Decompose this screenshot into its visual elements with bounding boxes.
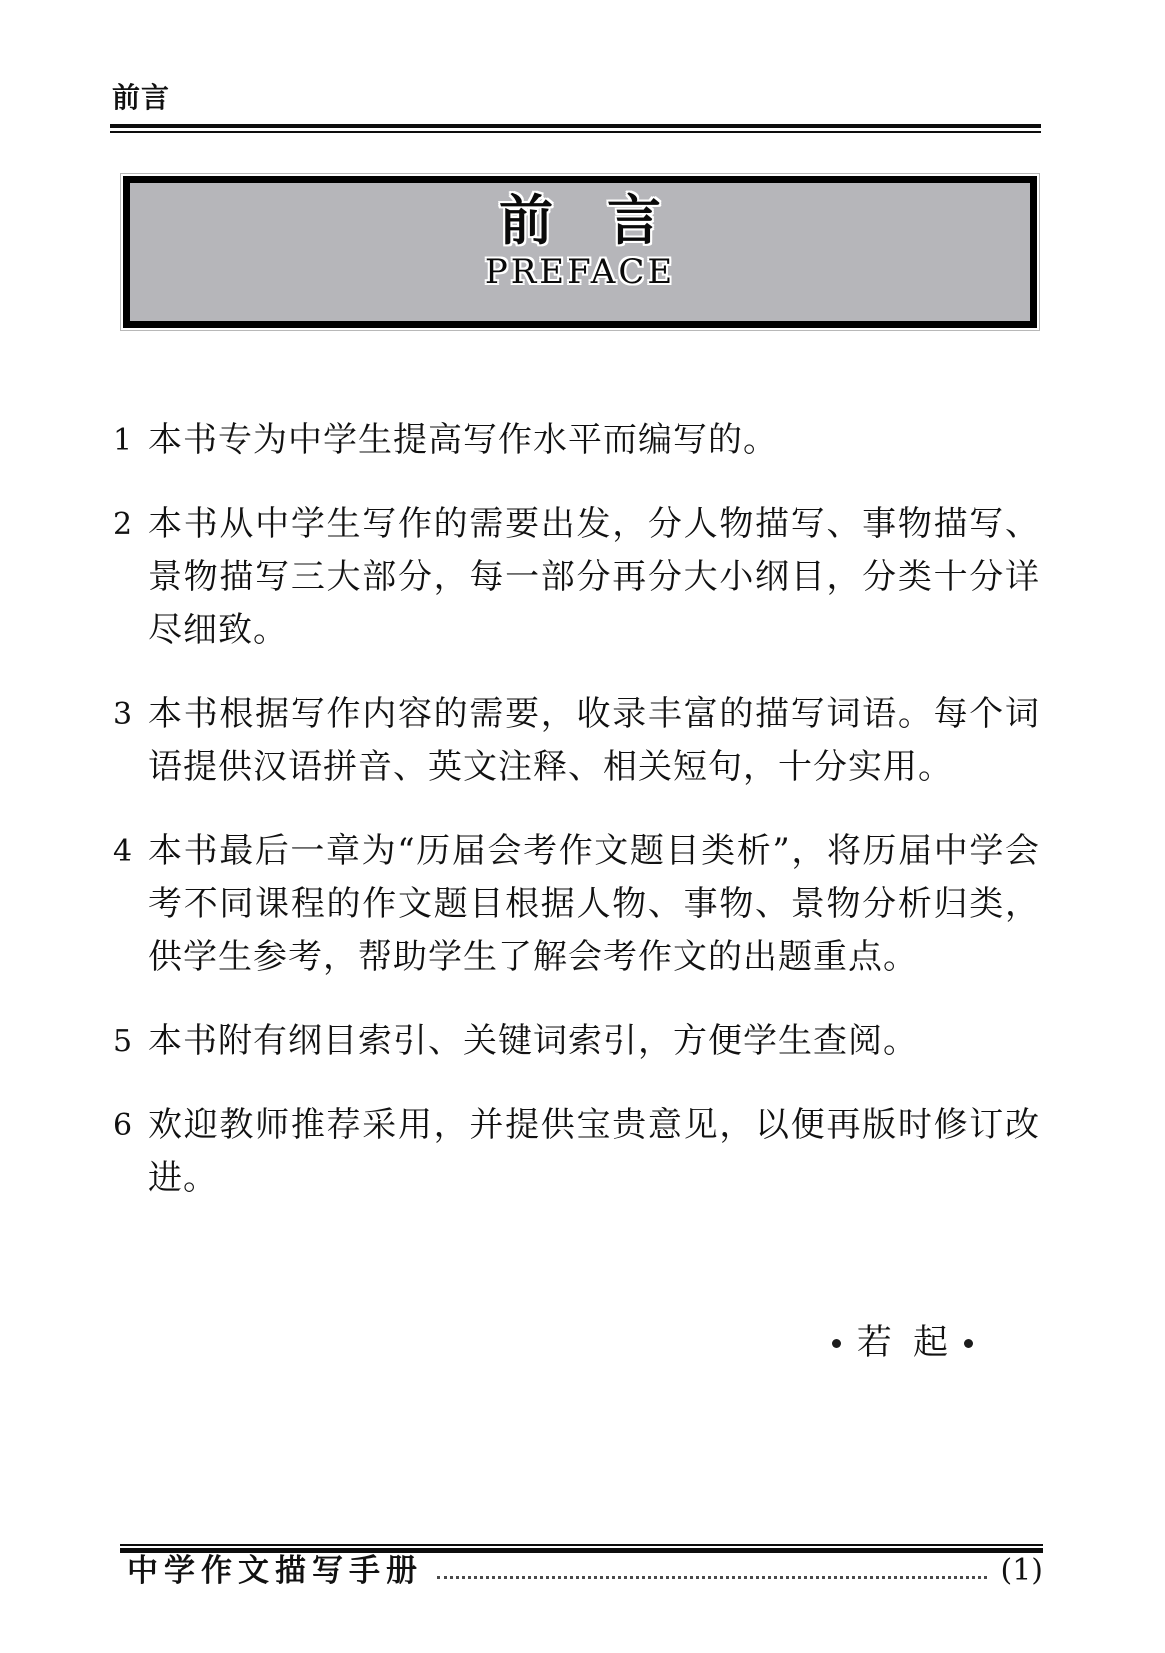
item-number: 6	[113, 1099, 148, 1205]
footer-page-number: (1)	[1001, 1555, 1044, 1587]
item-number: 3	[113, 688, 148, 794]
item-text: 本书附有纲目索引、关键词索引，方便学生查阅。	[148, 1015, 1040, 1068]
attribution-author-name: 若 起	[857, 1326, 948, 1361]
item-text: 本书从中学生写作的需要出发，分人物描写、事物描写、景物描写三大部分，每一部分再分…	[148, 498, 1040, 657]
attribution-bullet-icon	[964, 1339, 973, 1348]
author-attribution: 若 起	[832, 1326, 973, 1361]
header-rule-thin	[110, 131, 1041, 133]
preface-item: 2 本书从中学生写作的需要出发，分人物描写、事物描写、景物描写三大部分，每一部分…	[113, 498, 1040, 657]
item-number: 2	[113, 498, 148, 657]
book-page: 前言 前 言 PREFACE 1 本书专为中学生提高写作水平而编写的。 2 本书…	[0, 0, 1165, 1653]
footer-rule-thin	[120, 1544, 1043, 1546]
item-number: 5	[113, 1015, 148, 1068]
running-head-title: 前言	[112, 84, 170, 112]
item-text: 本书最后一章为“历届会考作文题目类析”，将历届中学会考不同课程的作文题目根据人物…	[148, 825, 1040, 984]
footer-dotted-leader	[437, 1576, 987, 1579]
item-text: 本书专为中学生提高写作水平而编写的。	[148, 414, 1040, 467]
attribution-bullet-icon	[832, 1339, 841, 1348]
preface-banner: 前 言 PREFACE	[123, 176, 1037, 328]
preface-item: 6 欢迎教师推荐采用，并提供宝贵意见，以便再版时修订改进。	[113, 1099, 1040, 1205]
preface-item: 5 本书附有纲目索引、关键词索引，方便学生查阅。	[113, 1015, 1040, 1068]
banner-title-english: PREFACE	[130, 253, 1030, 291]
footer-book-title: 中学作文描写手册	[120, 1555, 423, 1587]
preface-item: 3 本书根据写作内容的需要，收录丰富的描写词语。每个词语提供汉语拼音、英文注释、…	[113, 688, 1040, 794]
header-rule-thick	[110, 124, 1041, 128]
preface-item: 4 本书最后一章为“历届会考作文题目类析”，将历届中学会考不同课程的作文题目根据…	[113, 825, 1040, 984]
preface-item: 1 本书专为中学生提高写作水平而编写的。	[113, 414, 1040, 467]
item-number: 1	[113, 414, 148, 467]
item-text: 欢迎教师推荐采用，并提供宝贵意见，以便再版时修订改进。	[148, 1099, 1040, 1205]
preface-item-list: 1 本书专为中学生提高写作水平而编写的。 2 本书从中学生写作的需要出发，分人物…	[113, 414, 1040, 1236]
item-text: 本书根据写作内容的需要，收录丰富的描写词语。每个词语提供汉语拼音、英文注释、相关…	[148, 688, 1040, 794]
item-number: 4	[113, 825, 148, 984]
footer: 中学作文描写手册 (1)	[120, 1555, 1043, 1587]
banner-title-chinese: 前 言	[130, 191, 1030, 251]
